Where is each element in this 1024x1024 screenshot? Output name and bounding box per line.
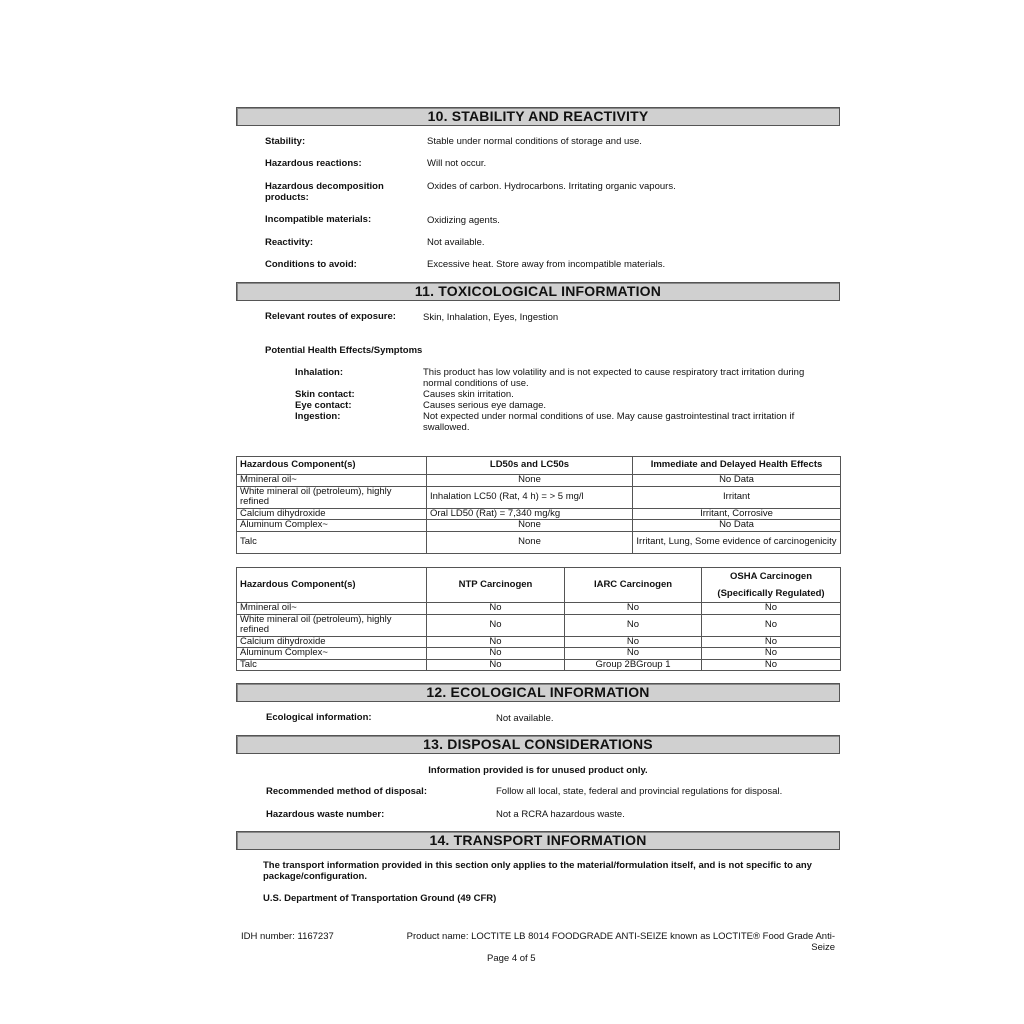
section-12-header: 12. ECOLOGICAL INFORMATION bbox=[236, 683, 840, 702]
ecological-label: Ecological information: bbox=[266, 712, 372, 723]
table-cell: No bbox=[702, 614, 841, 636]
table-cell: None bbox=[427, 520, 633, 532]
conditions-value: Excessive heat. Store away from incompat… bbox=[427, 259, 665, 270]
table-cell: Calcium dihydroxide bbox=[237, 636, 427, 648]
col-header: NTP Carcinogen bbox=[427, 568, 565, 603]
ecological-value: Not available. bbox=[496, 713, 554, 724]
carcinogen-table: Hazardous Component(s) NTP Carcinogen IA… bbox=[236, 567, 841, 671]
table-cell: Oral LD50 (Rat) = 7,340 mg/kg bbox=[427, 508, 633, 520]
disposal-method-label: Recommended method of disposal: bbox=[266, 786, 427, 797]
decomposition-label: Hazardous decomposition products: bbox=[265, 181, 405, 203]
table-cell: Mmineral oil~ bbox=[237, 475, 427, 487]
table-cell: No bbox=[565, 614, 702, 636]
table-row: Aluminum Complex~ None No Data bbox=[237, 520, 841, 532]
table-cell: Group 2BGroup 1 bbox=[565, 659, 702, 671]
table-cell: No bbox=[427, 648, 565, 660]
table-row: Talc No Group 2BGroup 1 No bbox=[237, 659, 841, 671]
table-cell: Inhalation LC50 (Rat, 4 h) = > 5 mg/l bbox=[427, 486, 633, 508]
table-cell: Calcium dihydroxide bbox=[237, 508, 427, 520]
hazardous-reactions-value: Will not occur. bbox=[427, 158, 486, 169]
dot-ground-heading: U.S. Department of Transportation Ground… bbox=[263, 893, 496, 904]
table-cell: Irritant bbox=[633, 486, 841, 508]
table-cell: No bbox=[565, 648, 702, 660]
skin-contact-value: Causes skin irritation. bbox=[423, 389, 514, 400]
section-11-header: 11. TOXICOLOGICAL INFORMATION bbox=[236, 282, 840, 301]
table-cell: No bbox=[565, 636, 702, 648]
section-10-header: 10. STABILITY AND REACTIVITY bbox=[236, 107, 840, 126]
reactivity-label: Reactivity: bbox=[265, 237, 313, 248]
eye-contact-label: Eye contact: bbox=[295, 400, 352, 411]
product-name: Product name: LOCTITE LB 8014 FOODGRADE … bbox=[392, 931, 835, 953]
idh-number: IDH number: 1167237 bbox=[241, 931, 334, 942]
table-cell: None bbox=[427, 531, 633, 553]
disposal-note: Information provided is for unused produ… bbox=[236, 765, 840, 776]
table-cell: Aluminum Complex~ bbox=[237, 520, 427, 532]
incompatible-label: Incompatible materials: bbox=[265, 214, 371, 225]
col-header: Hazardous Component(s) bbox=[237, 457, 427, 475]
col-header: OSHA Carcinogen(Specifically Regulated) bbox=[702, 568, 841, 603]
table-cell: No bbox=[427, 603, 565, 615]
section-13-header: 13. DISPOSAL CONSIDERATIONS bbox=[236, 735, 840, 754]
page-number: Page 4 of 5 bbox=[487, 953, 536, 964]
waste-number-label: Hazardous waste number: bbox=[266, 809, 384, 820]
table-row: Calcium dihydroxide Oral LD50 (Rat) = 7,… bbox=[237, 508, 841, 520]
col-header: Hazardous Component(s) bbox=[237, 568, 427, 603]
stability-label: Stability: bbox=[265, 136, 305, 147]
col-header: LD50s and LC50s bbox=[427, 457, 633, 475]
inhalation-value: This product has low volatility and is n… bbox=[423, 367, 823, 389]
section-14-header: 14. TRANSPORT INFORMATION bbox=[236, 831, 840, 850]
toxicity-table-header: Hazardous Component(s) LD50s and LC50s I… bbox=[237, 457, 841, 475]
table-cell: No bbox=[427, 636, 565, 648]
health-effects-heading: Potential Health Effects/Symptoms bbox=[265, 345, 422, 356]
table-cell: None bbox=[427, 475, 633, 487]
table-cell: White mineral oil (petroleum), highly re… bbox=[237, 614, 427, 636]
table-cell: No bbox=[702, 636, 841, 648]
table-row: White mineral oil (petroleum), highly re… bbox=[237, 486, 841, 508]
decomposition-value: Oxides of carbon. Hydrocarbons. Irritati… bbox=[427, 181, 676, 192]
col-header: IARC Carcinogen bbox=[565, 568, 702, 603]
osha-header-line1: OSHA Carcinogen bbox=[730, 571, 812, 582]
hazardous-reactions-label: Hazardous reactions: bbox=[265, 158, 362, 169]
table-cell: No bbox=[702, 603, 841, 615]
carcinogen-table-header: Hazardous Component(s) NTP Carcinogen IA… bbox=[237, 568, 841, 603]
table-row: Calcium dihydroxide No No No bbox=[237, 636, 841, 648]
table-row: Mmineral oil~ None No Data bbox=[237, 475, 841, 487]
skin-contact-label: Skin contact: bbox=[295, 389, 355, 400]
stability-value: Stable under normal conditions of storag… bbox=[427, 136, 642, 147]
table-row: Talc None Irritant, Lung, Some evidence … bbox=[237, 531, 841, 553]
table-row: Aluminum Complex~ No No No bbox=[237, 648, 841, 660]
routes-label: Relevant routes of exposure: bbox=[265, 311, 396, 322]
table-row: White mineral oil (petroleum), highly re… bbox=[237, 614, 841, 636]
table-cell: No bbox=[702, 648, 841, 660]
table-cell: No Data bbox=[633, 520, 841, 532]
disposal-method-value: Follow all local, state, federal and pro… bbox=[496, 786, 782, 797]
table-cell: Irritant, Corrosive bbox=[633, 508, 841, 520]
table-cell: Irritant, Lung, Some evidence of carcino… bbox=[633, 531, 841, 553]
osha-header-line2: (Specifically Regulated) bbox=[717, 588, 824, 599]
table-cell: No bbox=[565, 603, 702, 615]
transport-note: The transport information provided in th… bbox=[263, 860, 833, 882]
ingestion-value: Not expected under normal conditions of … bbox=[423, 411, 823, 433]
col-header: Immediate and Delayed Health Effects bbox=[633, 457, 841, 475]
table-cell: No bbox=[427, 614, 565, 636]
table-cell: No Data bbox=[633, 475, 841, 487]
table-cell: No bbox=[702, 659, 841, 671]
inhalation-label: Inhalation: bbox=[295, 367, 343, 378]
routes-value: Skin, Inhalation, Eyes, Ingestion bbox=[423, 312, 558, 323]
incompatible-value: Oxidizing agents. bbox=[427, 215, 500, 226]
table-row: Mmineral oil~ No No No bbox=[237, 603, 841, 615]
reactivity-value: Not available. bbox=[427, 237, 485, 248]
table-cell: Talc bbox=[237, 659, 427, 671]
eye-contact-value: Causes serious eye damage. bbox=[423, 400, 546, 411]
toxicity-table: Hazardous Component(s) LD50s and LC50s I… bbox=[236, 456, 841, 554]
table-cell: Talc bbox=[237, 531, 427, 553]
waste-number-value: Not a RCRA hazardous waste. bbox=[496, 809, 625, 820]
conditions-label: Conditions to avoid: bbox=[265, 259, 357, 270]
table-cell: White mineral oil (petroleum), highly re… bbox=[237, 486, 427, 508]
table-cell: No bbox=[427, 659, 565, 671]
table-cell: Mmineral oil~ bbox=[237, 603, 427, 615]
table-cell: Aluminum Complex~ bbox=[237, 648, 427, 660]
ingestion-label: Ingestion: bbox=[295, 411, 340, 422]
